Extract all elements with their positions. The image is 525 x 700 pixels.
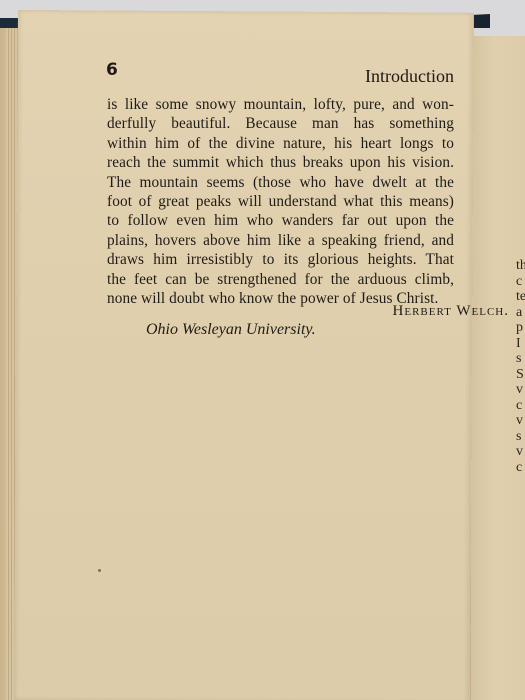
fragment-line: a	[516, 305, 525, 321]
facing-page-text-fragment: th c te a p I s S v c v s v c	[516, 258, 525, 475]
fragment-line: s	[516, 429, 525, 445]
text-line: is like some snowy mountain, lofty, pure…	[107, 95, 454, 114]
text-line: the feet can be strengthened for the ard…	[107, 270, 454, 289]
text-line: to follow even him who wanders far out u…	[107, 211, 454, 230]
fragment-line: c	[516, 274, 525, 290]
text-line: The mountain seems (those who have dwelt…	[107, 173, 454, 192]
running-head: Introduction	[365, 66, 454, 87]
text-line: within him of the divine nature, his hea…	[107, 134, 454, 153]
text-line: foot of great peaks will understand what…	[107, 192, 454, 211]
author-signature: Herbert Welch.	[393, 303, 509, 320]
text-line: derfully beautiful. Because man has some…	[107, 114, 454, 133]
fragment-line: c	[516, 460, 525, 476]
fragment-line: th	[516, 258, 525, 274]
fragment-line: v	[516, 382, 525, 398]
author-affiliation: Ohio Wesleyan University.	[146, 321, 316, 339]
text-line: plains, hovers above him like a speaking…	[107, 231, 454, 250]
fragment-line: v	[516, 444, 525, 460]
page-number: 6	[106, 60, 118, 80]
fragment-line: v	[516, 413, 525, 429]
fragment-line: p	[516, 320, 525, 336]
fragment-line: c	[516, 398, 525, 414]
paper-speck	[98, 569, 101, 572]
text-line: draws him irresistibly to its glorious h…	[107, 250, 454, 269]
page-header: 6 Introduction	[106, 60, 454, 84]
fragment-line: s	[516, 351, 525, 367]
fragment-line: S	[516, 367, 525, 383]
fragment-line: te	[516, 289, 525, 305]
body-text: is like some snowy mountain, lofty, pure…	[107, 95, 454, 308]
text-line: reach the summit which thus breaks upon …	[107, 153, 454, 172]
fragment-line: I	[516, 336, 525, 352]
